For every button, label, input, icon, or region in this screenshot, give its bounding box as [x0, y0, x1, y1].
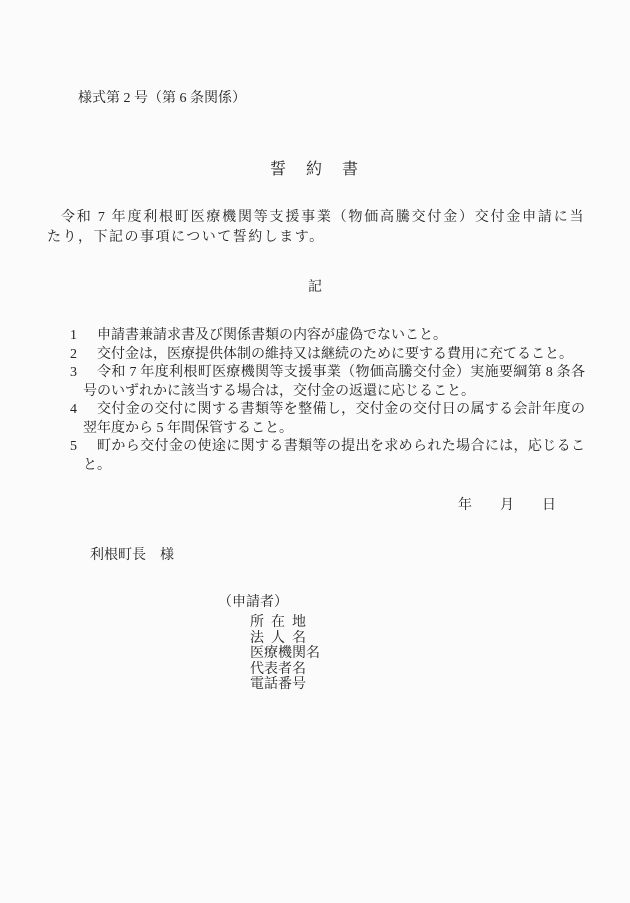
- pledge-list: 1 申請書兼請求書及び関係書類の内容が虚偽でないこと。 2 交付金は，医療提供体…: [70, 327, 585, 475]
- item-text: 交付金は，医療提供体制の維持又は継続のために要する費用に充てること。: [97, 347, 573, 362]
- applicant-field-institution-name: 医療機関名: [250, 646, 320, 662]
- date-line: 年 月 日: [458, 496, 556, 516]
- document-page: 様式第 2 号（第 6 条関係） 誓 約 書 令和 7 年度利根町医療機関等支援…: [0, 0, 630, 903]
- pledge-item: 4 交付金の交付に関する書類等を整備し，交付金の交付日の属する会計年度の翌年度か…: [70, 401, 585, 438]
- document-title: 誓 約 書: [0, 158, 630, 182]
- pledge-item: 1 申請書兼請求書及び関係書類の内容が虚偽でないこと。: [70, 327, 585, 346]
- pledge-item: 3 令和 7 年度利根町医療機関等支援事業（物価高騰交付金）実施要綱第 8 条各…: [70, 364, 585, 401]
- item-text: 令和 7 年度利根町医療機関等支援事業（物価高騰交付金）実施要綱第 8 条各号の…: [83, 365, 585, 399]
- pledge-item: 5 町から交付金の使途に関する書類等の提出を求められた場合には，応じること。: [70, 438, 585, 475]
- applicant-field-phone-number: 電話番号: [250, 677, 320, 693]
- form-number-label: 様式第 2 号（第 6 条関係）: [78, 90, 246, 108]
- applicant-field-representative-name: 代表者名: [250, 662, 320, 678]
- item-number: 1: [70, 327, 97, 346]
- item-number: 4: [70, 401, 97, 420]
- addressee: 利根町長 様: [90, 546, 174, 566]
- applicant-field-corporate-name: 法 人 名: [250, 631, 320, 647]
- intro-paragraph: 令和 7 年度利根町医療機関等支援事業（物価高騰交付金）交付金申請に当たり，下記…: [47, 208, 585, 248]
- item-text: 町から交付金の使途に関する書類等の提出を求められた場合には，応じること。: [83, 439, 585, 473]
- applicant-label: （申請者）: [218, 594, 288, 612]
- item-number: 3: [70, 364, 97, 383]
- item-text: 申請書兼請求書及び関係書類の内容が虚偽でないこと。: [97, 328, 447, 343]
- record-marker: 記: [0, 278, 630, 298]
- applicant-field-location: 所 在 地: [250, 615, 320, 631]
- item-number: 5: [70, 438, 97, 457]
- pledge-item: 2 交付金は，医療提供体制の維持又は継続のために要する費用に充てること。: [70, 346, 585, 365]
- item-number: 2: [70, 346, 97, 365]
- applicant-fields: 所 在 地 法 人 名 医療機関名 代表者名 電話番号: [250, 615, 320, 693]
- item-text: 交付金の交付に関する書類等を整備し，交付金の交付日の属する会計年度の翌年度から …: [83, 402, 585, 436]
